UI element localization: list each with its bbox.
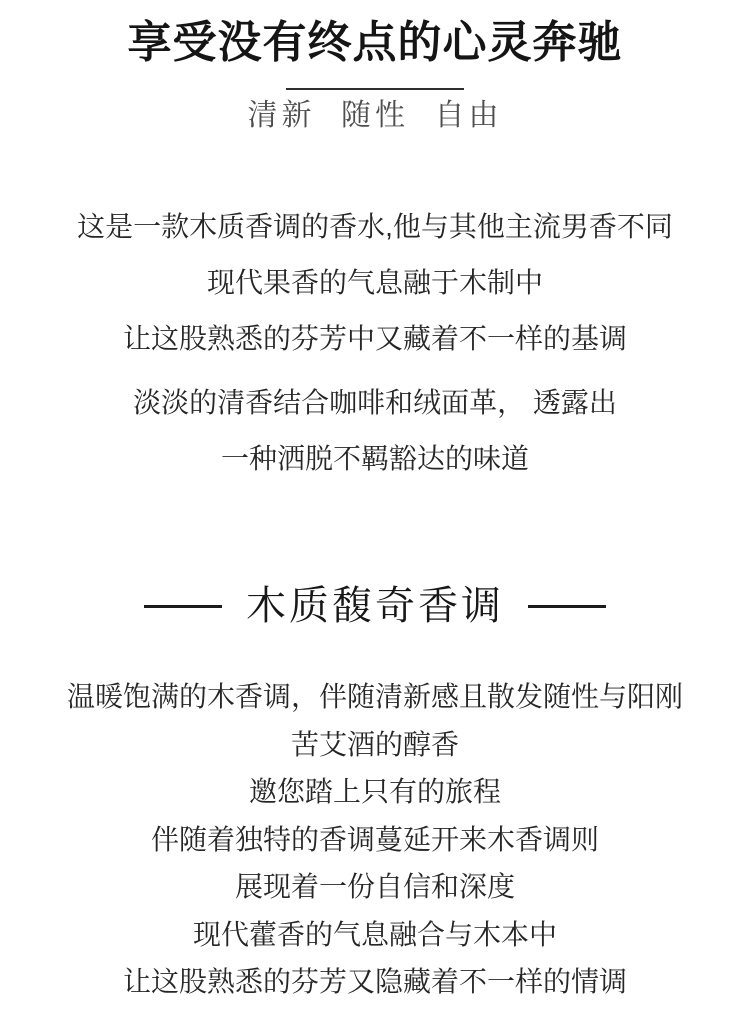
notes-line: 让这股熟悉的芬芳又隐藏着不一样的情调 [0,958,750,1006]
notes-line: 温暖饱满的木香调，伴随清新感且散发随性与阳刚 [0,673,750,721]
page-title: 享受没有终点的心灵奔驰 [0,0,750,67]
section-heading: 木质馥奇香调 [246,584,504,628]
title-divider-line [286,88,464,90]
notes-section: 温暖饱满的木香调，伴随清新感且散发随性与阳刚 苦艾酒的醇香 邀您踏上只有的旅程 … [0,673,750,1006]
intro-line: 一种洒脱不羁豁达的味道 [0,431,750,487]
notes-line: 现代藿香的气息融合与木本中 [0,911,750,959]
intro-line: 让这股熟悉的芬芳中又藏着不一样的基调 [0,311,750,367]
notes-line: 苦艾酒的醇香 [0,721,750,769]
notes-line: 伴随着独特的香调蔓延开来木香调则 [0,816,750,864]
heading-dash-left [144,605,222,608]
section-heading-row: 木质馥奇香调 [0,582,750,630]
intro-paragraph-1: 这是一款木质香调的香水,他与其他主流男香不同 现代果香的气息融于木制中 让这股熟… [0,199,750,367]
intro-line: 淡淡的清香结合咖啡和绒面革， 透露出 [0,375,750,431]
page-subtitle: 清新 随性 自由 [0,99,750,132]
product-description-page: 享受没有终点的心灵奔驰 清新 随性 自由 这是一款木质香调的香水,他与其他主流男… [0,0,750,1016]
notes-line: 邀您踏上只有的旅程 [0,768,750,816]
notes-line: 展现着一份自信和深度 [0,863,750,911]
intro-line: 现代果香的气息融于木制中 [0,255,750,311]
heading-dash-right [528,605,606,608]
intro-paragraph-2: 淡淡的清香结合咖啡和绒面革， 透露出 一种洒脱不羁豁达的味道 [0,375,750,487]
intro-line: 这是一款木质香调的香水,他与其他主流男香不同 [0,199,750,255]
